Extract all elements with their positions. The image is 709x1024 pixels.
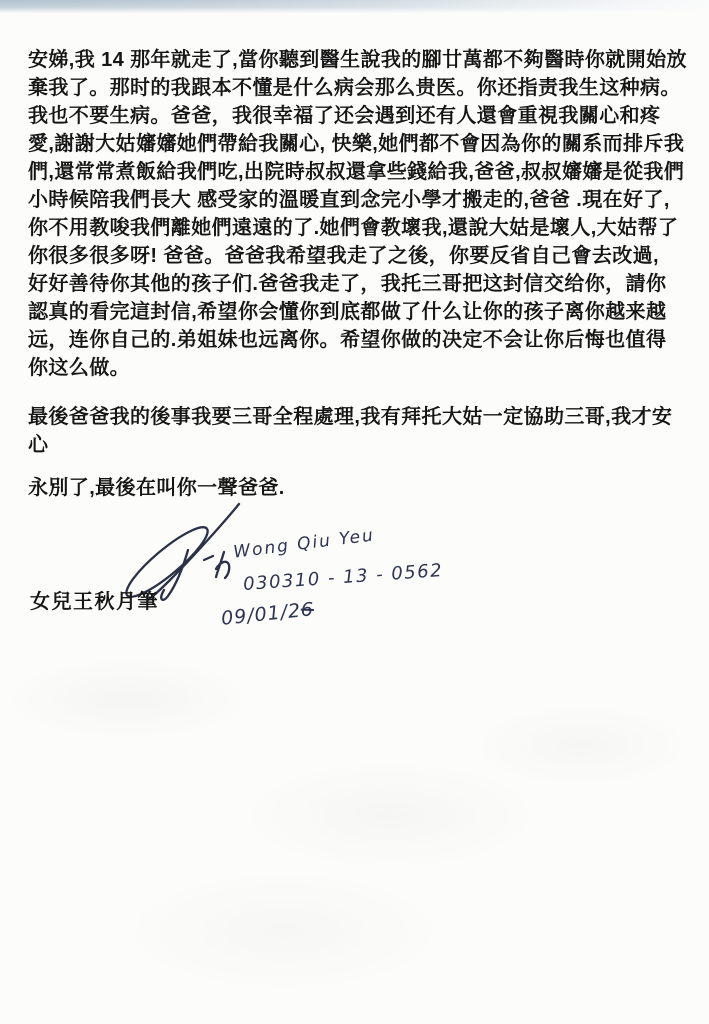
letter-body: 安娣,我 14 那年就走了,當你聽到醫生說我的腳廿萬都不夠醫時你就開始放 棄我了… [28,46,690,502]
letter-line: 安娣,我 14 那年就走了,當你聽到醫生說我的腳廿萬都不夠醫時你就開始放 [28,46,690,74]
letter-line: 最後爸爸我的後事我要三哥全程處理,我有拜托大姑一定協助三哥,我才安 [28,403,690,431]
letter-line: 你很多很多呀! 爸爸。爸爸我希望我走了之後，你要反省自己會去改過, [28,242,690,270]
letter-line: 心 [28,431,690,459]
page-show-through [0,560,709,1024]
letter-line: 你不用教唆我們離她們遠遠的了.她們會教壞我,還說大姑是壞人,大姑帮了 [28,214,690,242]
paragraph-1: 安娣,我 14 那年就走了,當你聽到醫生說我的腳廿萬都不夠醫時你就開始放 棄我了… [28,46,690,382]
letter-line: 小時候陪我們長大 感受家的溫暖直到念完小學才搬走的,爸爸 .現在好了, [28,186,690,214]
letter-line: 愛,謝謝大姑嬸嬸她們帶給我關心, 快樂,她們都不會因為你的關系而排斥我 [28,130,690,158]
paragraph-2: 最後爸爸我的後事我要三哥全程處理,我有拜托大姑一定協助三哥,我才安 心 [28,403,690,459]
letter-line: 好好善待你其他的孩子们.爸爸我走了，我托三哥把这封信交给你，請你 [28,270,690,298]
letter-line: 棄我了。那时的我跟本不懂是什么病会那么贵医。你还指责我生这种病。 [28,74,690,102]
letter-line: 远，连你自己的.弟姐妹也远离你。希望你做的决定不会让你后悔也值得 [28,326,690,354]
letter-line: 認真的看完這封信,希望你会懂你到底都做了什么让你的孩子离你越来越 [28,298,690,326]
scanner-edge-artifact [0,0,709,13]
letter-line: 我也不要生病。爸爸，我很幸福了还会遇到还有人還會重視我關心和疼 [28,102,690,130]
letter-line: 們,還常常煮飯給我們吃,出院時叔叔還拿些錢給我,爸爸,叔叔嬸嬸是從我們 [28,158,690,186]
scanned-letter-page: 安娣,我 14 那年就走了,當你聽到醫生說我的腳廿萬都不夠醫時你就開始放 棄我了… [0,0,709,1024]
letter-line: 你这么做。 [28,354,690,382]
